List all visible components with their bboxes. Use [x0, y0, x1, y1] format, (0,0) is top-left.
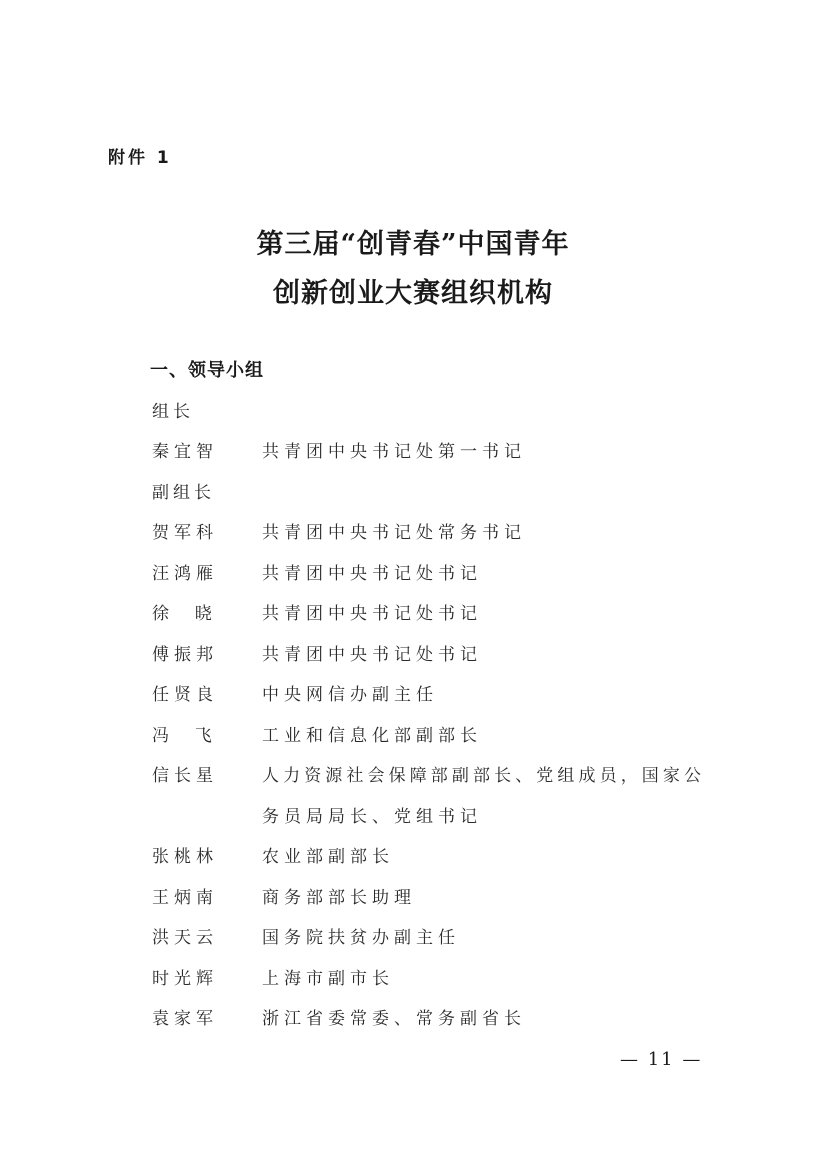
member-name: 徐 晓 — [152, 599, 217, 624]
member-name: 贺军科 — [152, 518, 218, 543]
member-name: 时光辉 — [152, 964, 218, 989]
member-row: 汪鸿雁 共青团中央书记处书记 — [0, 559, 826, 589]
member-row: 袁家军 浙江省委常委、常务副省长 — [0, 1004, 826, 1034]
group-label: 组长 — [152, 397, 194, 422]
page-number: — 11 — — [620, 1049, 702, 1070]
member-role: 国务院扶贫办副主任 — [262, 923, 460, 948]
member-name: 王炳南 — [152, 883, 218, 908]
member-name: 袁家军 — [152, 1004, 218, 1029]
member-row: 张桃林 农业部副部长 — [0, 842, 826, 872]
member-name: 秦宜智 — [152, 437, 218, 462]
member-row: 王炳南 商务部部长助理 — [0, 883, 826, 913]
member-name: 张桃林 — [152, 842, 218, 867]
section-heading-leadership-group: 一、领导小组 — [150, 356, 264, 382]
member-role: 共青团中央书记处书记 — [262, 559, 482, 584]
member-row: 徐 晓 共青团中央书记处书记 — [0, 599, 826, 629]
member-role: 工业和信息化部副部长 — [262, 721, 482, 746]
member-role-continuation: 务员局局长、党组书记 — [262, 802, 482, 827]
member-role: 人力资源社会保障部副部长、党组成员，国家公 — [262, 761, 705, 786]
member-row: 洪天云 国务院扶贫办副主任 — [0, 923, 826, 953]
member-role: 共青团中央书记处书记 — [262, 640, 482, 665]
member-name: 信长星 — [152, 761, 218, 786]
member-role: 商务部部长助理 — [262, 883, 416, 908]
member-row: 秦宜智 共青团中央书记处第一书记 — [0, 437, 826, 467]
group-label-deputy-leader: 副组长 — [0, 478, 826, 508]
member-name: 汪鸿雁 — [152, 559, 218, 584]
member-row: 时光辉 上海市副市长 — [0, 964, 826, 994]
member-row: 贺军科 共青团中央书记处常务书记 — [0, 518, 826, 548]
member-row: 冯 飞 工业和信息化部副部长 — [0, 721, 826, 751]
attachment-label: 附件 1 — [108, 143, 172, 168]
document-title-line-2: 创新创业大赛组织机构 — [0, 271, 826, 310]
member-role: 农业部副部长 — [262, 842, 394, 867]
member-role: 共青团中央书记处书记 — [262, 599, 482, 624]
member-name: 洪天云 — [152, 923, 218, 948]
member-name: 傅振邦 — [152, 640, 218, 665]
member-row: 信长星 人力资源社会保障部副部长、党组成员，国家公 — [0, 761, 826, 791]
group-label: 副组长 — [152, 478, 215, 503]
document-title-line-1: 第三届“创青春”中国青年 — [0, 222, 826, 261]
member-role: 中央网信办副主任 — [262, 680, 438, 705]
member-row: 任贤良 中央网信办副主任 — [0, 680, 826, 710]
member-name: 任贤良 — [152, 680, 218, 705]
member-role: 浙江省委常委、常务副省长 — [262, 1004, 526, 1029]
member-role: 上海市副市长 — [262, 964, 394, 989]
member-role: 共青团中央书记处第一书记 — [262, 437, 526, 462]
group-label-leader: 组长 — [0, 397, 826, 427]
member-name: 冯 飞 — [152, 721, 217, 746]
member-row: 傅振邦 共青团中央书记处书记 — [0, 640, 826, 670]
member-row-continuation: 务员局局长、党组书记 — [0, 802, 826, 832]
member-role: 共青团中央书记处常务书记 — [262, 518, 526, 543]
